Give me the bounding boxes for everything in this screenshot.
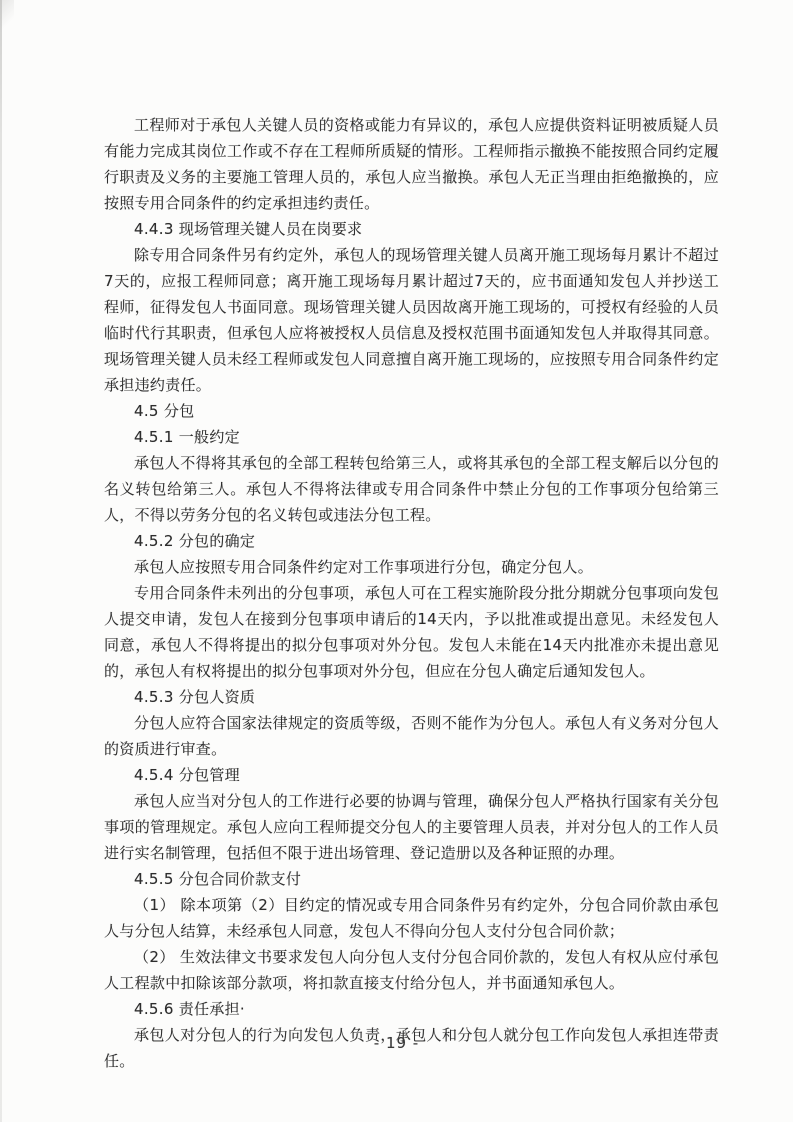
section-heading-4-5-5: 4.5.5 分包合同价款支付 xyxy=(104,866,719,892)
page-number: - 19 - xyxy=(0,1034,793,1052)
scan-corner-shadow xyxy=(0,0,14,40)
document-body: 工程师对于承包人关键人员的资格或能力有异议的，承包人应提供资料证明被质疑人员有能… xyxy=(104,112,719,1074)
paragraph-onsite-key-personnel: 除专用合同条件另有约定外，承包人的现场管理关键人员离开施工现场每月累计不超过7天… xyxy=(104,242,719,398)
paragraph-general-agreement: 承包人不得将其承包的全部工程转包给第三人，或将其承包的全部工程支解后以分包的名义… xyxy=(104,450,719,528)
section-heading-4-5-1: 4.5.1 一般约定 xyxy=(104,424,719,450)
section-heading-4-4-3: 4.4.3 现场管理关键人员在岗要求 xyxy=(104,216,719,242)
paragraph-subcontract-determination: 承包人应按照专用合同条件约定对工作事项进行分包，确定分包人。 xyxy=(104,554,719,580)
paragraph-payment-item-1: （1） 除本项第（2）目约定的情况或专用合同条件另有约定外，分包合同价款由承包人… xyxy=(104,892,719,944)
paragraph-subcontractor-qualification: 分包人应符合国家法律规定的资质等级，否则不能作为分包人。承包人有义务对分包人的资… xyxy=(104,710,719,762)
scanned-contract-page: { "page": { "background_color": "#fcfcfb… xyxy=(0,0,793,1122)
paragraph-subcontract-management: 承包人应当对分包人的工作进行必要的协调与管理，确保分包人严格执行国家有关分包事项… xyxy=(104,788,719,866)
paragraph-unlisted-subcontract-items: 专用合同条件未列出的分包事项，承包人可在工程实施阶段分批分期就分包事项向发包人提… xyxy=(104,580,719,684)
section-heading-4-5-3: 4.5.3 分包人资质 xyxy=(104,684,719,710)
scan-edge-artifact xyxy=(0,0,2,1122)
section-heading-4-5-4: 4.5.4 分包管理 xyxy=(104,762,719,788)
section-heading-4-5-6: 4.5.6 责任承担· xyxy=(104,996,719,1022)
paragraph-payment-item-2: （2） 生效法律文书要求发包人向分包人支付分包合同价款的，发包人有权从应付承包人… xyxy=(104,944,719,996)
section-heading-4-5: 4.5 分包 xyxy=(104,398,719,424)
section-heading-4-5-2: 4.5.2 分包的确定 xyxy=(104,528,719,554)
paragraph-engineer-objection: 工程师对于承包人关键人员的资格或能力有异议的，承包人应提供资料证明被质疑人员有能… xyxy=(104,112,719,216)
